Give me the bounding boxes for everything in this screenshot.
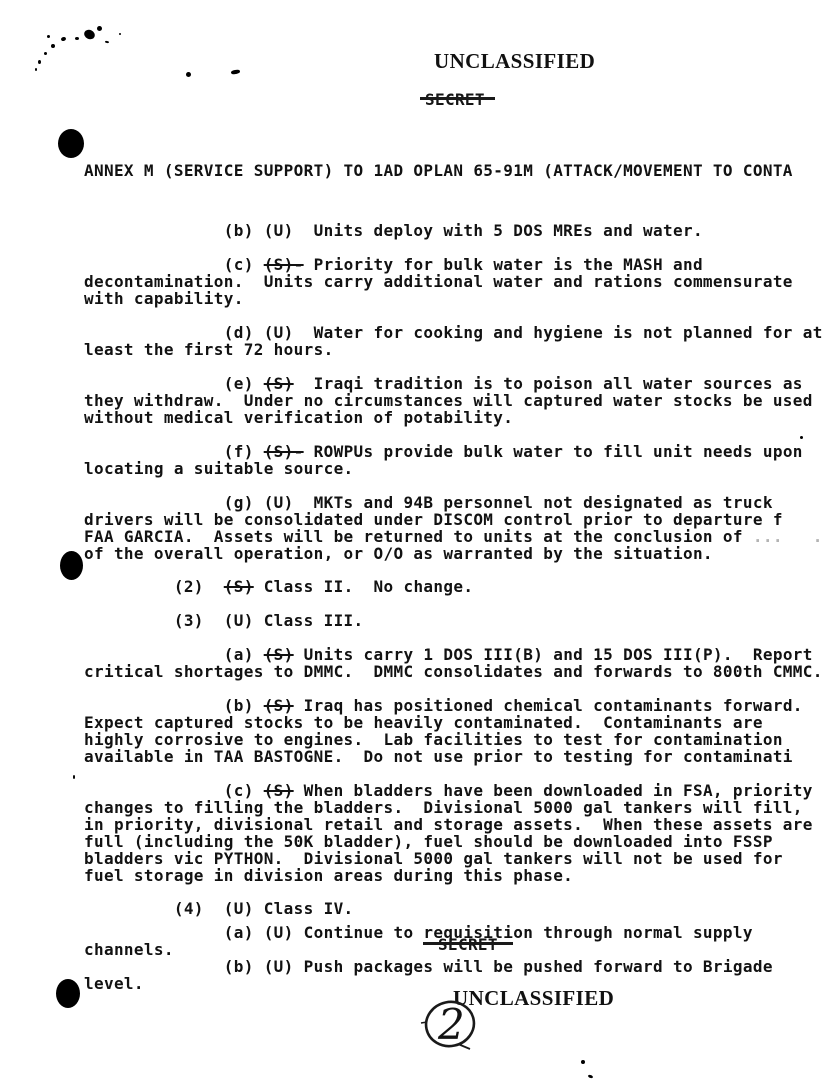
text-segment: (3) (U) Class III. xyxy=(84,611,364,630)
para-4: (4) (U) Class IV. xyxy=(84,900,840,917)
text-segment: (4) (U) Class IV. xyxy=(84,899,354,918)
ink-speck xyxy=(231,69,241,75)
ink-speck xyxy=(75,37,79,40)
para-3b: (b) (S) Iraq has positioned chemical con… xyxy=(84,697,840,765)
text-line: (f) (S)- ROWPUs provide bulk water to fi… xyxy=(84,443,840,460)
text-line: (b) (U) Units deploy with 5 DOS MREs and… xyxy=(84,222,840,239)
text-segment: (2) xyxy=(84,577,224,596)
text-segment: with capability. xyxy=(84,289,244,308)
text-line: they withdraw. Under no circumstances wi… xyxy=(84,392,840,409)
text-segment: (a) (U) Continue to requisition through … xyxy=(84,923,753,942)
text-line: critical shortages to DMMC. DMMC consoli… xyxy=(84,663,840,680)
para-1b: (b) (U) Units deploy with 5 DOS MREs and… xyxy=(84,222,840,239)
para-3a: (a) (S) Units carry 1 DOS III(B) and 15 … xyxy=(84,646,840,680)
text-segment: of the overall operation, or O/O as warr… xyxy=(84,544,713,563)
text-line: Expect captured stocks to be heavily con… xyxy=(84,714,840,731)
secret-marking-top: SECRET xyxy=(425,90,485,109)
hole-punch-mark xyxy=(60,551,83,580)
ink-speck xyxy=(83,28,97,41)
page-number-digit: 2 xyxy=(437,1000,465,1049)
ink-speck xyxy=(73,775,75,779)
text-segment: Class II. No change. xyxy=(254,577,474,596)
text-line: (a) (S) Units carry 1 DOS III(B) and 15 … xyxy=(84,646,840,663)
ink-speck xyxy=(119,33,121,35)
text-segment: ... . xyxy=(753,527,823,546)
ink-speck xyxy=(47,35,50,38)
text-segment: critical shortages to DMMC. DMMC consoli… xyxy=(84,662,823,681)
top-classification-marking: UNCLASSIFIED xyxy=(434,49,595,74)
text-line: bladders vic PYTHON. Divisional 5000 gal… xyxy=(84,850,840,867)
hole-punch-mark xyxy=(58,129,84,158)
text-line: (2) (S) Class II. No change. xyxy=(84,578,840,595)
document-title: ANNEX M (SERVICE SUPPORT) TO 1AD OPLAN 6… xyxy=(84,162,840,179)
text-line: highly corrosive to engines. Lab facilit… xyxy=(84,731,840,748)
text-segment: (b) (U) Units deploy with 5 DOS MREs and… xyxy=(84,221,703,240)
para-1d: (d) (U) Water for cooking and hygiene is… xyxy=(84,324,840,358)
text-segment: ROWPUs provide bulk water to fill unit n… xyxy=(304,442,803,461)
text-line: (d) (U) Water for cooking and hygiene is… xyxy=(84,324,840,341)
text-segment: available in TAA BASTOGNE. Do not use pr… xyxy=(84,747,793,766)
text-line: (g) (U) MKTs and 94B personnel not desig… xyxy=(84,494,840,511)
pen-stray-mark xyxy=(421,1022,427,1023)
text-line: least the first 72 hours. xyxy=(84,341,840,358)
text-line: without medical verification of potabili… xyxy=(84,409,840,426)
text-segment: without medical verification of potabili… xyxy=(84,408,513,427)
ink-speck xyxy=(44,52,47,55)
text-line: with capability. xyxy=(84,290,840,307)
text-line: (c) (S) When bladders have been download… xyxy=(84,782,840,799)
text-line: (4) (U) Class IV. xyxy=(84,900,840,917)
text-line: in priority, divisional retail and stora… xyxy=(84,816,840,833)
ink-speck xyxy=(51,44,55,48)
text-line: of the overall operation, or O/O as warr… xyxy=(84,545,840,562)
ink-speck xyxy=(35,68,37,71)
scanned-document-page: { "colors": { "ink": "#121212", "paper":… xyxy=(0,0,840,1088)
text-line: decontamination. Units carry additional … xyxy=(84,273,840,290)
ink-speck xyxy=(97,26,102,31)
text-line: available in TAA BASTOGNE. Do not use pr… xyxy=(84,748,840,765)
text-line: full (including the 50K bladder), fuel s… xyxy=(84,833,840,850)
text-segment: fuel storage in division areas during th… xyxy=(84,866,573,885)
ink-speck xyxy=(588,1074,594,1079)
text-line: (c) (S)- Priority for bulk water is the … xyxy=(84,256,840,273)
ink-speck xyxy=(61,36,67,41)
text-line: drivers will be consolidated under DISCO… xyxy=(84,511,840,528)
ink-speck xyxy=(105,41,109,44)
text-line: (b) (S) Iraq has positioned chemical con… xyxy=(84,697,840,714)
text-segment: locating a suitable source. xyxy=(84,459,354,478)
struck-classification-marker: (S) xyxy=(224,577,254,596)
para-1e: (e) (S) Iraqi tradition is to poison all… xyxy=(84,375,840,426)
para-1f: (f) (S)- ROWPUs provide bulk water to fi… xyxy=(84,443,840,477)
text-line: (e) (S) Iraqi tradition is to poison all… xyxy=(84,375,840,392)
handwritten-page-number: 2 xyxy=(418,996,488,1056)
ink-speck xyxy=(186,72,191,77)
secret-marking-bottom: SECRET xyxy=(438,935,498,954)
text-segment: least the first 72 hours. xyxy=(84,340,334,359)
text-line: FAA GARCIA. Assets will be returned to u… xyxy=(84,528,840,545)
para-1c: (c) (S)- Priority for bulk water is the … xyxy=(84,256,840,307)
ink-speck xyxy=(800,436,803,439)
para-3: (3) (U) Class III. xyxy=(84,612,840,629)
ink-speck xyxy=(38,60,41,64)
text-line: locating a suitable source. xyxy=(84,460,840,477)
text-line: (3) (U) Class III. xyxy=(84,612,840,629)
ink-speck xyxy=(581,1060,585,1064)
text-line: changes to filling the bladders. Divisio… xyxy=(84,799,840,816)
secret-marking-bottom-text: SECRET xyxy=(438,935,498,954)
para-3c: (c) (S) When bladders have been download… xyxy=(84,782,840,884)
text-segment: (b) (U) Push packages will be pushed for… xyxy=(84,957,773,976)
para-1g: (g) (U) MKTs and 94B personnel not desig… xyxy=(84,494,840,562)
text-line: fuel storage in division areas during th… xyxy=(84,867,840,884)
secret-marking-top-text: SECRET xyxy=(425,90,485,109)
text-line: (b) (U) Push packages will be pushed for… xyxy=(84,958,840,975)
hole-punch-mark xyxy=(56,979,80,1008)
document-body: ANNEX M (SERVICE SUPPORT) TO 1AD OPLAN 6… xyxy=(84,128,840,992)
para-2: (2) (S) Class II. No change. xyxy=(84,578,840,595)
text-segment: level. xyxy=(84,974,144,993)
